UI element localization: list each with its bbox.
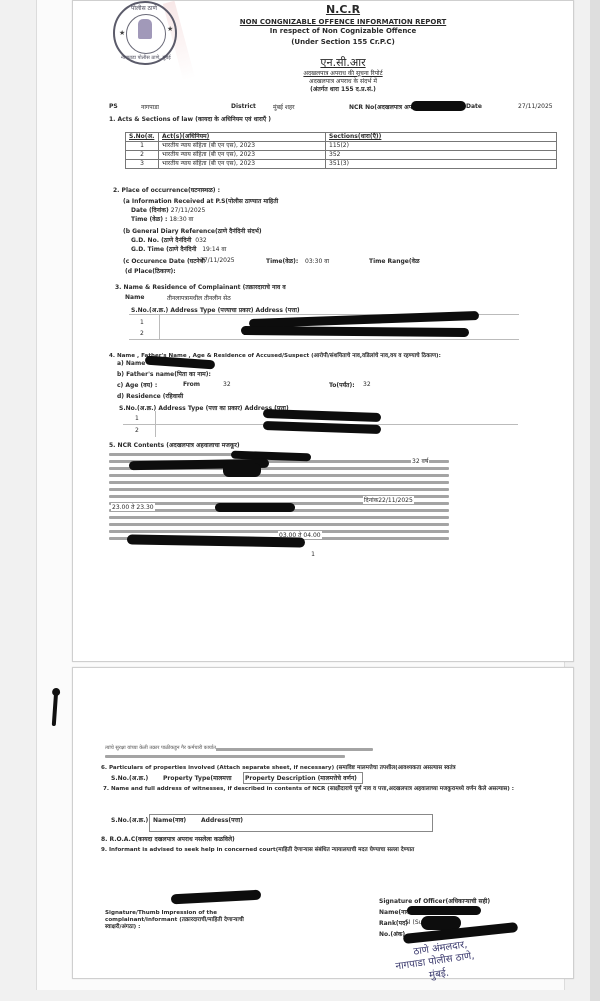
table-row: 1 भारतीय न्याय संहिता (बी एन एस), 2023 1… (126, 142, 557, 151)
section6-heading: 6. Particulars of properties involved (A… (101, 763, 456, 771)
section5-heading: 5. NCR Contents (अदखलपात्र अहवालाचा मजकू… (109, 441, 240, 449)
column-header: Sections(धारा(एँ)) (326, 133, 557, 142)
date-value: 27/11/2025 (518, 103, 553, 110)
redacted-accused-address (263, 421, 381, 434)
officer-no-label: No.(अंक) (379, 930, 405, 938)
age-to-label: To(पर्यंत): (329, 381, 355, 389)
info-date: Date (दिनांक) 27/11/2025 (131, 206, 205, 214)
father-name-label: b) Father's name(पिता का नाम): (117, 370, 211, 378)
redacted-ncr-number (411, 101, 466, 111)
info-received-label: (a Information Received at P.S(पोलीस ठाण… (123, 197, 278, 205)
national-emblem-icon (138, 19, 152, 39)
marathi-title: एन.सी.आर (203, 55, 483, 70)
acts-sections-table: S.No(अ. Act(s)(अधिनियम) Sections(धारा(एँ… (125, 132, 557, 169)
occurrence-date-value: 27/11/2025 (200, 257, 235, 264)
document-page-1: ★ ★ पोलीस ठाणे नागपाडा पोलीस ठाणे, मुंबई… (72, 0, 574, 662)
document-title: N.C.R (253, 3, 433, 16)
gd-number: G.D. No. (ठाणे दैनंदिनी 032 (131, 236, 207, 244)
document-subtitle: NON CONGNIZABLE OFFENCE INFORMATION REPO… (203, 18, 483, 26)
ps-value: नागपाडा (141, 103, 159, 111)
redacted-contents (127, 534, 305, 547)
complainant-signature-label: Signature/Thumb Impression of the compla… (105, 910, 255, 931)
redacted-contents (215, 503, 295, 512)
officer-signature-label: Signature of Officer(अधिकाऱ्याची सही) (379, 897, 490, 905)
age-from-value: 32 (223, 381, 231, 388)
time-range-label: Time Range(वेळ (369, 257, 420, 265)
redacted-complainant-address (241, 326, 469, 337)
date-label: Date (466, 103, 482, 110)
continuation-text: त्यांचे सुरक्षा यांच्या केली तक्रार पाळी… (105, 745, 216, 751)
district-value: मुंबई शहर (273, 103, 295, 111)
column-header: Act(s)(अधिनियम) (159, 133, 326, 142)
occurrence-date-label: (c Occurence Date (घटनेची (123, 257, 205, 265)
redacted-contents (223, 463, 261, 477)
info-time: Time (वेळ) : 18:30 वा (131, 215, 193, 223)
gd-reference-label: (b General Diary Reference(ठाणे दैनंदिनी… (123, 227, 262, 235)
table-row: 2 भारतीय न्याय संहिता (बी एन एस), 2023 3… (126, 151, 557, 160)
scrollbar-track[interactable] (590, 0, 600, 1001)
age-fragment: 32 वर्ष (411, 457, 429, 465)
table-row: 3 भारतीय न्याय संहिता (बी एन एस), 2023 3… (126, 160, 557, 169)
section9-text: 9. Informant is advised to seek help in … (101, 845, 414, 853)
redacted-accused-address (263, 409, 381, 422)
date-fragment: दिनांक22/11/2025 (363, 496, 414, 504)
marathi-subtitle: अदखलपात्र अपराध की सूचना रिपोर्ट (203, 69, 483, 77)
column-header: S.No(अ. (126, 133, 159, 142)
property-description-header: Property Description (मालमत्तेचे वर्णन) (245, 774, 357, 782)
police-seal: ★ ★ पोलीस ठाणे नागपाडा पोलीस ठाणे, मुंबई (113, 1, 177, 65)
marathi-respect: अदखलपात्र अपराध के संदर्भ में (203, 77, 483, 85)
residence-label: d) Residence (रहिवासी (117, 392, 183, 400)
redacted-complainant-signature (171, 890, 261, 905)
place-label: (d Place(ठिकाण): (125, 267, 176, 275)
star-icon: ★ (119, 29, 125, 37)
document-page-2: त्यांचे सुरक्षा यांच्या केली तक्रार पाळी… (72, 667, 574, 979)
address-row-number: 1 (135, 415, 139, 422)
complainant-name-label: Name (125, 294, 144, 301)
section2-heading: 2. Place of occurrence(घटनास्थळ) : (113, 186, 220, 194)
address-row-number: 2 (135, 427, 139, 434)
redacted-officer-name (407, 906, 481, 915)
district-label: District (231, 103, 256, 110)
marathi-section: (अंतर्गत धारा 155 द.प्र.सं.) (203, 85, 483, 93)
time-fragment: 23.00 ते 23.30 (111, 503, 155, 511)
seal-bottom-text: नागपाडा पोलीस ठाणे, मुंबई (121, 55, 171, 61)
section8-text: 8. R.O.A.C(कायदा दखलपात्र अपराध नसलेला क… (101, 835, 235, 843)
star-icon: ★ (167, 25, 173, 33)
respect-line: In respect of Non Cognizable Offence (203, 27, 483, 35)
age-label: c) Age (वय) : (117, 381, 157, 389)
ps-label: PS (109, 103, 118, 110)
section-line: (Under Section 155 Cr.P.C) (203, 38, 483, 46)
section3-heading: 3. Name & Residence of Complainant (तक्र… (115, 283, 286, 291)
age-from-label: From (183, 381, 200, 388)
age-to-value: 32 (363, 381, 371, 388)
complainant-name-value: तीनलापत्रामधील तीनलीन सेठ (167, 294, 231, 302)
officer-rank-label: Rank(पद) (379, 919, 408, 927)
property-type-header: Property Type(मालमत्ता (163, 774, 232, 782)
address-row-number: 2 (140, 330, 144, 337)
property-sno-header: S.No.(अ.क्र.) (111, 774, 148, 782)
occurrence-time-label: Time(वेळ): (266, 257, 298, 265)
seal-top-text: पोलीस ठाणे (131, 4, 157, 12)
gd-time: G.D. Time (ठाणे दैनंदिनी 19:14 वा (131, 245, 226, 253)
section7-heading: 7. Name and full address of witnesses, i… (103, 786, 523, 793)
witness-sno-header: S.No.(अ.क्र.) (111, 816, 148, 824)
address-row-number: 1 (140, 319, 144, 326)
complainant-address-header: S.No.(अ.क्र.) Address Type (पत्त्याचा प्… (131, 306, 300, 314)
occurrence-time-value: 03:30 वा (305, 257, 329, 265)
page-number: 1 (293, 551, 333, 558)
accused-name-label: a) Name (117, 360, 145, 367)
section1-heading: 1. Acts & Sections of law (कायदा के अधिन… (109, 115, 271, 123)
